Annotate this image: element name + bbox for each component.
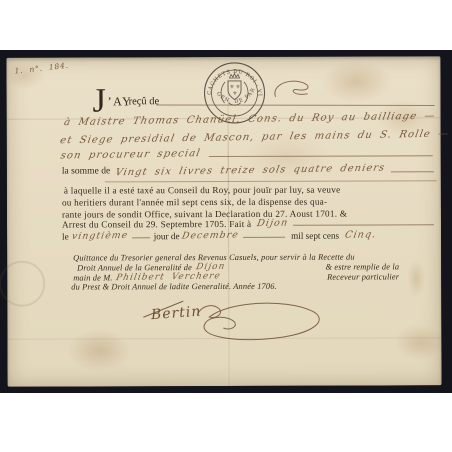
- printed-body-line-1: à laquelle il a esté taxé au Conseil du …: [64, 185, 341, 196]
- fleur-de-lis-icon: ⚜: [236, 83, 241, 90]
- ink-rule-line: [157, 105, 435, 106]
- handwritten-month: Decembre: [181, 230, 240, 242]
- opening-text: reçû de: [129, 96, 160, 107]
- ink-rule-line: [243, 237, 285, 238]
- fleur-de-lis-icon: ⚜: [230, 83, 235, 90]
- printed-body-line-2: ou heritiers durant l'année mil sept cen…: [62, 197, 327, 208]
- scanned-document-page: { "annotation": { "text": "1. n°. 184." …: [0, 0, 452, 452]
- bleed-through-stamp-mark: [0, 261, 45, 307]
- ink-rule-line: [208, 155, 432, 157]
- quittance-note-line-2-right: & estre remplie de la: [325, 262, 399, 271]
- sum-label: la somme de: [62, 165, 111, 176]
- ink-rule-line: [390, 171, 434, 172]
- printed-body-line-4: Arrest du Conseil du 29. Septembre 1705.…: [62, 219, 251, 230]
- handwritten-paraph-flourish: [269, 77, 321, 105]
- quittance-note-line-3-right: Receveur particulier: [327, 272, 399, 281]
- archival-number-annotation: 1. n°. 184.: [14, 61, 69, 76]
- bleed-through-ink-mark: [403, 248, 429, 308]
- printed-jour-de: jour de: [154, 231, 180, 241]
- drop-cap-initial: J: [93, 84, 106, 118]
- ink-underline: [105, 180, 437, 182]
- printed-le: le: [62, 232, 69, 242]
- ink-rule-line: [293, 224, 434, 225]
- signature-name: Bertin: [149, 304, 201, 324]
- parchment-document: 1. n°. 184. CACHETS DU ROI · VI S. VIII …: [6, 56, 441, 387]
- handwritten-year: Cinq.: [344, 229, 378, 241]
- handwritten-place: Dijon: [256, 218, 289, 230]
- signature-with-flourish: Bertin: [135, 289, 345, 354]
- printed-mil-sept-cens: mil sept cens: [291, 231, 339, 241]
- ink-rule-line: [132, 237, 150, 238]
- handwritten-payer-line-2: et Siege presidial de Mascon, par les ma…: [59, 129, 450, 147]
- quittance-note-line-3: main de M.: [73, 273, 112, 282]
- handwritten-payer-line-3: son procureur special: [59, 148, 201, 161]
- fleur-de-lis-icon: ⚜: [233, 90, 238, 97]
- handwritten-payer-line-1: à Maistre Thomas Chanüel, Cons. du Roy a…: [63, 111, 437, 128]
- handwritten-day: vingtième: [71, 230, 129, 242]
- crown-icon: [229, 73, 239, 78]
- handwritten-sum-value: Vingt six livres treize sols quatre deni…: [114, 163, 386, 179]
